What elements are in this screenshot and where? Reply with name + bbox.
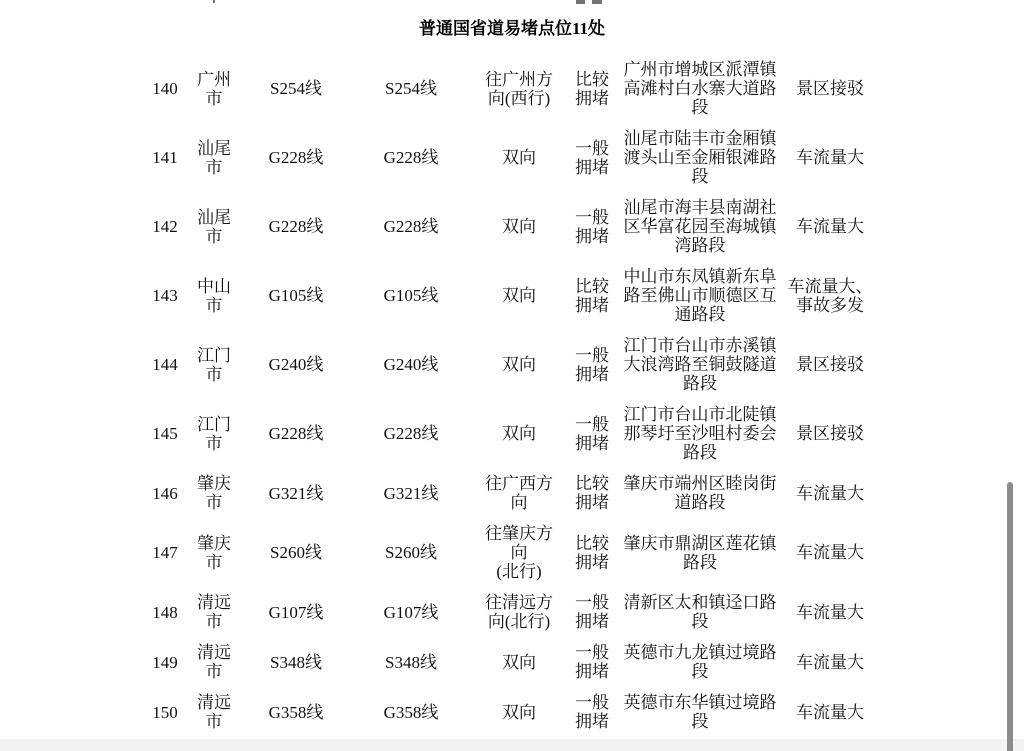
road-line-cell: S348线 xyxy=(243,637,349,687)
scrollbar-thumb[interactable] xyxy=(1007,482,1013,751)
direction-cell: 双向 xyxy=(473,123,565,192)
road-line-cell: G240线 xyxy=(243,330,349,399)
road-section-cell: 肇庆市端州区睦岗街 道路段 xyxy=(619,468,781,518)
road-line-cell: G228线 xyxy=(349,399,473,468)
road-section-cell: 英德市九龙镇过境路 段 xyxy=(619,637,781,687)
city-cell: 广州 市 xyxy=(185,54,243,123)
direction-cell: 往广州方 向(西行) xyxy=(473,54,565,123)
reason-cell: 车流量大 xyxy=(781,587,879,637)
road-line-cell: G240线 xyxy=(349,330,473,399)
city-cell: 肇庆 市 xyxy=(185,468,243,518)
reason-cell: 景区接驳 xyxy=(781,330,879,399)
direction-cell: 双向 xyxy=(473,637,565,687)
congestion-level-cell: 比较 拥堵 xyxy=(565,54,619,123)
road-section-cell: 中山市东凤镇新东阜 路至佛山市顺德区互 通路段 xyxy=(619,261,781,330)
direction-cell: 往广西方 向 xyxy=(473,468,565,518)
direction-cell: 往清远方 向(北行) xyxy=(473,587,565,637)
table-row: 143 中山 市 G105线 G105线 双向 比较 拥堵 中山市东凤镇新东阜 … xyxy=(145,261,879,330)
seq-cell: 141 xyxy=(145,123,185,192)
seq-cell: 144 xyxy=(145,330,185,399)
road-section-cell: 汕尾市海丰县南湖社 区华富花园至海城镇 湾路段 xyxy=(619,192,781,261)
reason-cell: 车流量大 xyxy=(781,468,879,518)
table-row: 146 肇庆 市 G321线 G321线 往广西方 向 比较 拥堵 肇庆市端州区… xyxy=(145,468,879,518)
document-page: 普通国省道易堵点位11处 140 广州 市 S254线 S254线 往广州方 向… xyxy=(0,0,1024,751)
road-line-cell: G358线 xyxy=(349,687,473,737)
road-line-cell: G107线 xyxy=(243,587,349,637)
road-line-cell: S260线 xyxy=(243,518,349,587)
seq-cell: 145 xyxy=(145,399,185,468)
city-cell: 汕尾 市 xyxy=(185,123,243,192)
road-line-cell: G228线 xyxy=(243,123,349,192)
reason-cell: 车流量大 xyxy=(781,518,879,587)
road-section-cell: 清新区太和镇迳口路 段 xyxy=(619,587,781,637)
road-line-cell: G228线 xyxy=(243,399,349,468)
reason-cell: 景区接驳 xyxy=(781,399,879,468)
road-line-cell: S254线 xyxy=(349,54,473,123)
congestion-level-cell: 一般 拥堵 xyxy=(565,587,619,637)
reason-cell: 景区接驳 xyxy=(781,54,879,123)
road-line-cell: G228线 xyxy=(243,192,349,261)
congestion-level-cell: 一般 拥堵 xyxy=(565,123,619,192)
city-cell: 江门 市 xyxy=(185,330,243,399)
table-row: 140 广州 市 S254线 S254线 往广州方 向(西行) 比较 拥堵 广州… xyxy=(145,54,879,123)
congestion-level-cell: 一般 拥堵 xyxy=(565,192,619,261)
clipped-text-fragment xyxy=(592,0,602,4)
reason-cell: 车流量大、 事故多发 xyxy=(781,261,879,330)
road-line-cell: S254线 xyxy=(243,54,349,123)
congestion-points-table: 140 广州 市 S254线 S254线 往广州方 向(西行) 比较 拥堵 广州… xyxy=(145,54,879,737)
city-cell: 汕尾 市 xyxy=(185,192,243,261)
seq-cell: 148 xyxy=(145,587,185,637)
road-line-cell: G321线 xyxy=(243,468,349,518)
road-line-cell: G107线 xyxy=(349,587,473,637)
clipped-text-fragment xyxy=(213,0,215,3)
road-line-cell: G321线 xyxy=(349,468,473,518)
road-line-cell: S260线 xyxy=(349,518,473,587)
reason-cell: 车流量大 xyxy=(781,123,879,192)
table-row: 150 清远 市 G358线 G358线 双向 一般 拥堵 英德市东华镇过境路 … xyxy=(145,687,879,737)
seq-cell: 150 xyxy=(145,687,185,737)
road-section-cell: 汕尾市陆丰市金厢镇 渡头山至金厢银滩路 段 xyxy=(619,123,781,192)
seq-cell: 149 xyxy=(145,637,185,687)
road-section-cell: 江门市台山市北陡镇 那琴圩至沙咀村委会 路段 xyxy=(619,399,781,468)
road-line-cell: G358线 xyxy=(243,687,349,737)
table-row: 141 汕尾 市 G228线 G228线 双向 一般 拥堵 汕尾市陆丰市金厢镇 … xyxy=(145,123,879,192)
congestion-level-cell: 一般 拥堵 xyxy=(565,687,619,737)
city-cell: 清远 市 xyxy=(185,687,243,737)
congestion-level-cell: 比较 拥堵 xyxy=(565,261,619,330)
city-cell: 肇庆 市 xyxy=(185,518,243,587)
city-cell: 清远 市 xyxy=(185,587,243,637)
congestion-level-cell: 比较 拥堵 xyxy=(565,468,619,518)
reason-cell: 车流量大 xyxy=(781,637,879,687)
direction-cell: 双向 xyxy=(473,330,565,399)
congestion-level-cell: 一般 拥堵 xyxy=(565,637,619,687)
congestion-level-cell: 一般 拥堵 xyxy=(565,330,619,399)
clipped-text-fragment xyxy=(576,0,585,4)
direction-cell: 双向 xyxy=(473,192,565,261)
table-row: 147 肇庆 市 S260线 S260线 往肇庆方 向 (北行) 比较 拥堵 肇… xyxy=(145,518,879,587)
direction-cell: 双向 xyxy=(473,687,565,737)
road-line-cell: G105线 xyxy=(349,261,473,330)
road-section-cell: 江门市台山市赤溪镇 大浪湾路至铜鼓隧道 路段 xyxy=(619,330,781,399)
seq-cell: 142 xyxy=(145,192,185,261)
road-section-cell: 肇庆市鼎湖区莲花镇 路段 xyxy=(619,518,781,587)
congestion-level-cell: 一般 拥堵 xyxy=(565,399,619,468)
reason-cell: 车流量大 xyxy=(781,687,879,737)
road-line-cell: G228线 xyxy=(349,123,473,192)
table-row: 145 江门 市 G228线 G228线 双向 一般 拥堵 江门市台山市北陡镇 … xyxy=(145,399,879,468)
direction-cell: 双向 xyxy=(473,399,565,468)
road-line-cell: G105线 xyxy=(243,261,349,330)
city-cell: 中山 市 xyxy=(185,261,243,330)
seq-cell: 146 xyxy=(145,468,185,518)
table-row: 142 汕尾 市 G228线 G228线 双向 一般 拥堵 汕尾市海丰县南湖社 … xyxy=(145,192,879,261)
direction-cell: 双向 xyxy=(473,261,565,330)
table-row: 149 清远 市 S348线 S348线 双向 一般 拥堵 英德市九龙镇过境路 … xyxy=(145,637,879,687)
road-section-cell: 广州市增城区派潭镇 高滩村白水寨大道路 段 xyxy=(619,54,781,123)
city-cell: 清远 市 xyxy=(185,637,243,687)
section-title: 普通国省道易堵点位11处 xyxy=(0,0,1024,39)
table-row: 148 清远 市 G107线 G107线 往清远方 向(北行) 一般 拥堵 清新… xyxy=(145,587,879,637)
city-cell: 江门 市 xyxy=(185,399,243,468)
table-row: 144 江门 市 G240线 G240线 双向 一般 拥堵 江门市台山市赤溪镇 … xyxy=(145,330,879,399)
congestion-level-cell: 比较 拥堵 xyxy=(565,518,619,587)
seq-cell: 143 xyxy=(145,261,185,330)
road-section-cell: 英德市东华镇过境路 段 xyxy=(619,687,781,737)
direction-cell: 往肇庆方 向 (北行) xyxy=(473,518,565,587)
seq-cell: 140 xyxy=(145,54,185,123)
seq-cell: 147 xyxy=(145,518,185,587)
road-line-cell: G228线 xyxy=(349,192,473,261)
bottom-edge-band xyxy=(0,739,1024,751)
road-line-cell: S348线 xyxy=(349,637,473,687)
reason-cell: 车流量大 xyxy=(781,192,879,261)
